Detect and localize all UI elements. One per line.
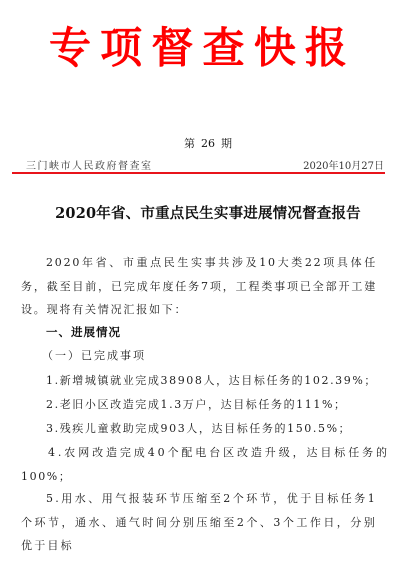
list-item: 2.老旧小区改造完成1.3万户，达目标任务的111%； bbox=[46, 397, 347, 413]
list-item-5: 5.用水、用气报装环节压缩至2个环节，优于目标任务1个环节，通水、通气时间分别压… bbox=[21, 487, 377, 558]
masthead-title: 专 项 督 查 快 报 bbox=[48, 24, 348, 72]
report-title: 2020年省、市重点民生实事进展情况督查报告 bbox=[0, 204, 416, 224]
issue-number: 第26期 bbox=[0, 137, 416, 151]
list-item-continuation: 100%； bbox=[21, 469, 71, 485]
section-heading: 一、进展情况 bbox=[46, 324, 121, 340]
red-divider-line bbox=[12, 172, 385, 174]
masthead-char: 专 bbox=[48, 24, 92, 73]
masthead-char: 查 bbox=[202, 24, 246, 73]
masthead-char: 督 bbox=[150, 24, 194, 73]
issue-prefix: 第 bbox=[184, 137, 195, 150]
list-item: 4.农网改造完成40个配电台区改造升级，达目标任务的 bbox=[48, 445, 390, 461]
issue-value: 26 bbox=[201, 137, 215, 150]
issue-suffix: 期 bbox=[221, 137, 232, 150]
masthead-char: 快 bbox=[253, 24, 297, 73]
list-item: 3.残疾儿童救助完成903人，达目标任务的150.5%； bbox=[46, 421, 351, 437]
list-item: 1.新增城镇就业完成38908人，达目标任务的102.39%； bbox=[46, 373, 377, 389]
intro-paragraph: 2020年省、市重点民生实事共涉及10大类22项具体任务，截至目前，已完成年度任… bbox=[21, 251, 377, 322]
masthead-char: 报 bbox=[304, 24, 348, 73]
subsection-heading: （一）已完成事项 bbox=[42, 348, 146, 364]
masthead-char: 项 bbox=[99, 24, 143, 73]
